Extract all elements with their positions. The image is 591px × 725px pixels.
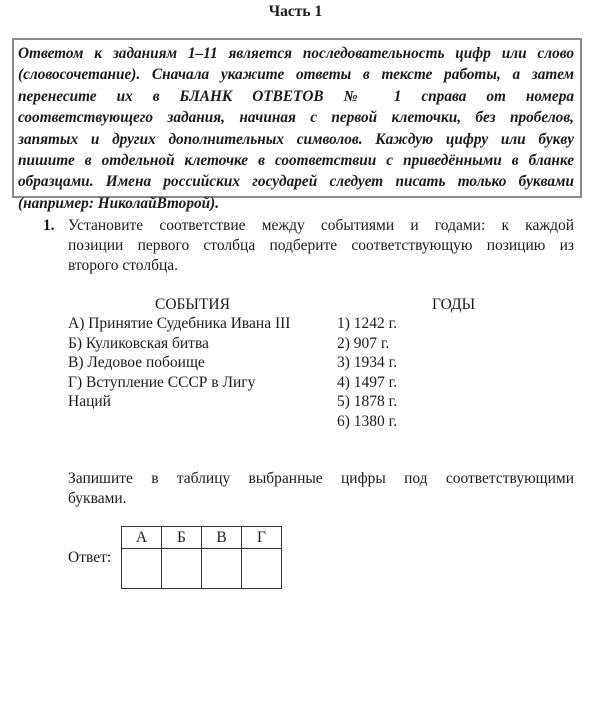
years-list: 1) 1242 г. 2) 907 г. 3) 1934 г. 4) 1497 … bbox=[337, 314, 397, 432]
event-item: В) Ледовое побоище bbox=[68, 353, 290, 373]
instruction-line: образцами. Имена российских государей сл… bbox=[18, 171, 574, 192]
task-number: 1. bbox=[43, 216, 55, 236]
events-column-header: СОБЫТИЯ bbox=[155, 295, 230, 315]
instruction-line: соответствующего задания, начиная с перв… bbox=[18, 107, 574, 128]
task-prompt: Установите соответствие между событиями … bbox=[68, 216, 574, 276]
task-prompt-line: позиции первого столбца подберите соотве… bbox=[68, 236, 574, 256]
answer-cell-v[interactable] bbox=[202, 549, 242, 589]
instruction-line: (словосочетание). Сначала укажите ответы… bbox=[18, 64, 574, 85]
answer-cell-g[interactable] bbox=[242, 549, 282, 589]
answer-cell-b[interactable] bbox=[162, 549, 202, 589]
answer-column-header-a: А bbox=[122, 527, 162, 549]
write-instruction: Запишите в таблицу выбранные цифры под с… bbox=[68, 469, 574, 509]
write-instruction-line: Запишите в таблицу выбранные цифры под с… bbox=[68, 469, 574, 489]
answer-label: Ответ: bbox=[68, 548, 111, 568]
events-list: А) Принятие Судебника Ивана III Б) Кулик… bbox=[68, 314, 290, 412]
instruction-line: Ответом к заданиям 1–11 является последо… bbox=[18, 43, 574, 64]
answer-column-header-v: В bbox=[202, 527, 242, 549]
instruction-line: запятых и других дополнительных символов… bbox=[18, 129, 574, 150]
answer-cell-a[interactable] bbox=[122, 549, 162, 589]
instruction-line: перенесите их в БЛАНК ОТВЕТОВ № 1 справа… bbox=[18, 86, 574, 107]
answer-table: А Б В Г bbox=[121, 526, 282, 589]
answer-column-header-b: Б bbox=[162, 527, 202, 549]
year-item: 3) 1934 г. bbox=[337, 353, 397, 373]
year-item: 6) 1380 г. bbox=[337, 412, 397, 432]
task-prompt-line: второго столбца. bbox=[68, 256, 574, 276]
instruction-box: Ответом к заданиям 1–11 является последо… bbox=[12, 38, 582, 198]
event-item-continuation: Наций bbox=[68, 392, 290, 412]
years-column-header: ГОДЫ bbox=[432, 295, 475, 315]
instruction-line: пишите в отдельной клеточке в соответств… bbox=[18, 150, 574, 171]
event-item: Г) Вступление СССР в Лигу bbox=[68, 373, 290, 393]
event-item: А) Принятие Судебника Ивана III bbox=[68, 314, 290, 334]
part-title: Часть 1 bbox=[0, 3, 591, 21]
task-prompt-line: Установите соответствие между событиями … bbox=[68, 216, 574, 236]
year-item: 4) 1497 г. bbox=[337, 373, 397, 393]
instruction-line: (например: НиколайВторой). bbox=[18, 193, 574, 214]
year-item: 1) 1242 г. bbox=[337, 314, 397, 334]
year-item: 2) 907 г. bbox=[337, 334, 397, 354]
write-instruction-line: буквами. bbox=[68, 489, 574, 509]
year-item: 5) 1878 г. bbox=[337, 392, 397, 412]
answer-column-header-g: Г bbox=[242, 527, 282, 549]
event-item: Б) Куликовская битва bbox=[68, 334, 290, 354]
